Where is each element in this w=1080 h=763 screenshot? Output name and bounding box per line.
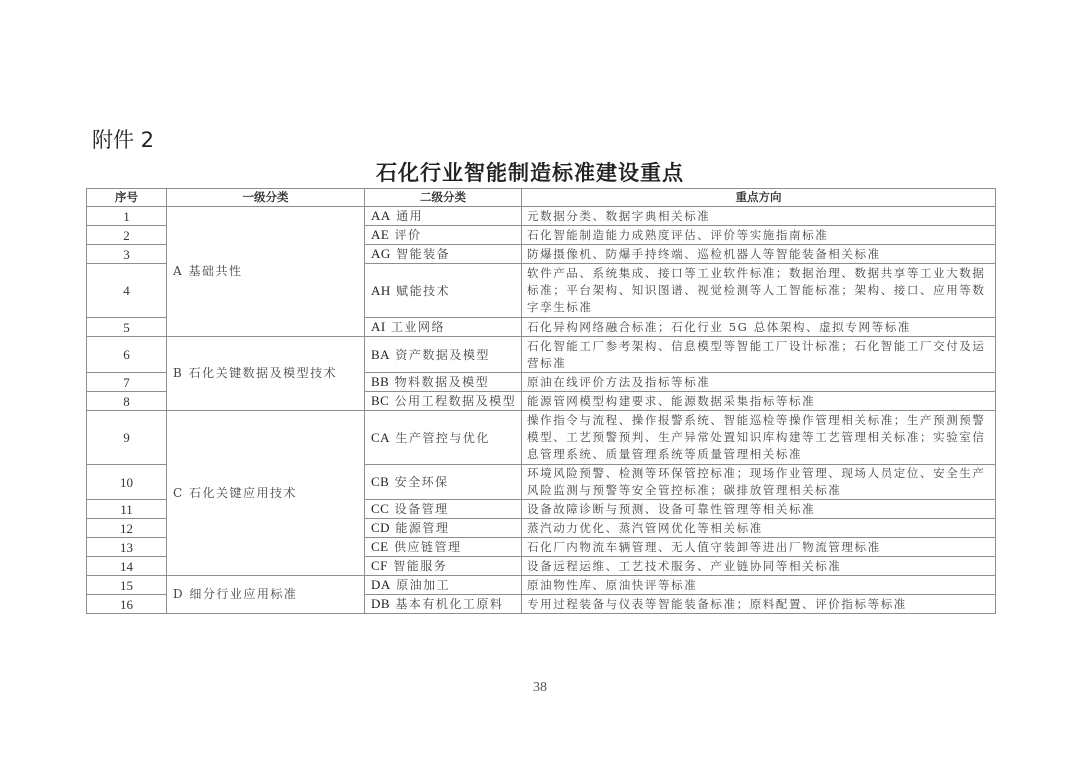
- level2-cell: BB 物料数据及模型: [365, 373, 522, 392]
- level2-code: AH: [371, 283, 391, 298]
- level1-cell: C 石化关键应用技术: [167, 411, 365, 576]
- seq-cell: 3: [87, 245, 167, 264]
- seq-cell: 4: [87, 264, 167, 318]
- focus-cell: 专用过程装备与仪表等智能装备标准；原料配置、评价指标等标准: [522, 595, 996, 614]
- focus-cell: 能源管网模型构建要求、能源数据采集指标等标准: [522, 392, 996, 411]
- table-row: 1 A 基础共性 AA 通用 元数据分类、数据字典相关标准: [87, 207, 996, 226]
- seq-cell: 7: [87, 373, 167, 392]
- level2-cell: BC 公用工程数据及模型: [365, 392, 522, 411]
- focus-cell: 石化厂内物流车辆管理、无人值守装卸等进出厂物流管理标准: [522, 538, 996, 557]
- document-title: 石化行业智能制造标准建设重点: [370, 157, 690, 187]
- level2-code: AE: [371, 227, 389, 242]
- level2-code: DB: [371, 596, 390, 611]
- page-number: 38: [520, 680, 560, 696]
- header-seq: 序号: [87, 189, 167, 207]
- level2-name: 供应链管理: [394, 540, 462, 554]
- level2-name: 智能装备: [396, 247, 450, 261]
- seq-cell: 15: [87, 576, 167, 595]
- seq-cell: 14: [87, 557, 167, 576]
- level2-code: CC: [371, 501, 389, 516]
- header-focus: 重点方向: [522, 189, 996, 207]
- focus-cell: 操作指令与流程、操作报警系统、智能巡检等操作管理相关标准；生产预测预警模型、工艺…: [522, 411, 996, 465]
- seq-cell: 1: [87, 207, 167, 226]
- seq-cell: 6: [87, 337, 167, 373]
- level2-name: 生产管控与优化: [395, 431, 490, 445]
- level2-code: BA: [371, 347, 390, 362]
- level1-cell: B 石化关键数据及模型技术: [167, 337, 365, 411]
- level2-cell: DB 基本有机化工原料: [365, 595, 522, 614]
- focus-cell: 防爆摄像机、防爆手持终端、巡检机器人等智能装备相关标准: [522, 245, 996, 264]
- focus-cell: 蒸汽动力优化、蒸汽管网优化等相关标准: [522, 519, 996, 538]
- level2-code: AG: [371, 246, 391, 261]
- level1-cell: A 基础共性: [167, 207, 365, 337]
- table-header-row: 序号 一级分类 二级分类 重点方向: [87, 189, 996, 207]
- level2-cell: DA 原油加工: [365, 576, 522, 595]
- focus-cell: 环境风险预警、检测等环保管控标准；现场作业管理、现场人员定位、安全生产风险监测与…: [522, 465, 996, 500]
- level2-cell: CC 设备管理: [365, 500, 522, 519]
- level2-code: CF: [371, 558, 388, 573]
- level2-code: AA: [371, 208, 391, 223]
- level2-name: 基本有机化工原料: [395, 597, 503, 611]
- seq-cell: 8: [87, 392, 167, 411]
- level2-code: BB: [371, 374, 389, 389]
- seq-cell: 16: [87, 595, 167, 614]
- level2-cell: CD 能源管理: [365, 519, 522, 538]
- table-row: 6 B 石化关键数据及模型技术 BA 资产数据及模型 石化智能工厂参考架构、信息…: [87, 337, 996, 373]
- seq-cell: 11: [87, 500, 167, 519]
- level2-name: 智能服务: [393, 559, 447, 573]
- seq-cell: 9: [87, 411, 167, 465]
- level2-name: 工业网络: [391, 320, 445, 334]
- focus-cell: 设备故障诊断与预测、设备可靠性管理等相关标准: [522, 500, 996, 519]
- level2-code: CE: [371, 539, 389, 554]
- seq-cell: 2: [87, 226, 167, 245]
- level1-cell: D 细分行业应用标准: [167, 576, 365, 614]
- level2-cell: AI 工业网络: [365, 318, 522, 337]
- level2-name: 赋能技术: [396, 284, 450, 298]
- level2-code: AI: [371, 319, 386, 334]
- standards-table: 序号 一级分类 二级分类 重点方向 1 A 基础共性 AA 通用 元数据分类、数…: [86, 188, 996, 614]
- level2-cell: CA 生产管控与优化: [365, 411, 522, 465]
- level2-code: CB: [371, 474, 389, 489]
- focus-cell: 石化异构网络融合标准；石化行业 5G 总体架构、虚拟专网等标准: [522, 318, 996, 337]
- seq-cell: 13: [87, 538, 167, 557]
- table-row: 15 D 细分行业应用标准 DA 原油加工 原油物性库、原油快评等标准: [87, 576, 996, 595]
- level2-name: 公用工程数据及模型: [395, 394, 517, 408]
- header-level2: 二级分类: [365, 189, 522, 207]
- level2-code: BC: [371, 393, 389, 408]
- attachment-label: 附件 2: [92, 124, 154, 154]
- focus-cell: 石化智能制造能力成熟度评估、评价等实施指南标准: [522, 226, 996, 245]
- level2-code: DA: [371, 577, 391, 592]
- level2-name: 设备管理: [395, 502, 449, 516]
- level2-cell: CB 安全环保: [365, 465, 522, 500]
- seq-cell: 12: [87, 519, 167, 538]
- header-level1: 一级分类: [167, 189, 365, 207]
- seq-cell: 5: [87, 318, 167, 337]
- level2-cell: AE 评价: [365, 226, 522, 245]
- level2-cell: CF 智能服务: [365, 557, 522, 576]
- level2-name: 通用: [396, 209, 423, 223]
- focus-cell: 软件产品、系统集成、接口等工业软件标准；数据治理、数据共享等工业大数据标准；平台…: [522, 264, 996, 318]
- level2-name: 原油加工: [396, 578, 450, 592]
- level2-name: 能源管理: [395, 521, 449, 535]
- focus-cell: 石化智能工厂参考架构、信息模型等智能工厂设计标准；石化智能工厂交付及运营标准: [522, 337, 996, 373]
- level2-code: CD: [371, 520, 390, 535]
- seq-cell: 10: [87, 465, 167, 500]
- level2-cell: AG 智能装备: [365, 245, 522, 264]
- level2-name: 资产数据及模型: [395, 348, 490, 362]
- focus-cell: 原油在线评价方法及指标等标准: [522, 373, 996, 392]
- focus-cell: 原油物性库、原油快评等标准: [522, 576, 996, 595]
- focus-cell: 元数据分类、数据字典相关标准: [522, 207, 996, 226]
- level2-code: CA: [371, 430, 390, 445]
- level2-name: 评价: [395, 228, 422, 242]
- level2-cell: BA 资产数据及模型: [365, 337, 522, 373]
- level2-cell: AA 通用: [365, 207, 522, 226]
- level2-name: 安全环保: [395, 475, 449, 489]
- level2-name: 物料数据及模型: [395, 375, 490, 389]
- focus-cell: 设备远程运维、工艺技术服务、产业链协同等相关标准: [522, 557, 996, 576]
- table-row: 9 C 石化关键应用技术 CA 生产管控与优化 操作指令与流程、操作报警系统、智…: [87, 411, 996, 465]
- level2-cell: AH 赋能技术: [365, 264, 522, 318]
- level2-cell: CE 供应链管理: [365, 538, 522, 557]
